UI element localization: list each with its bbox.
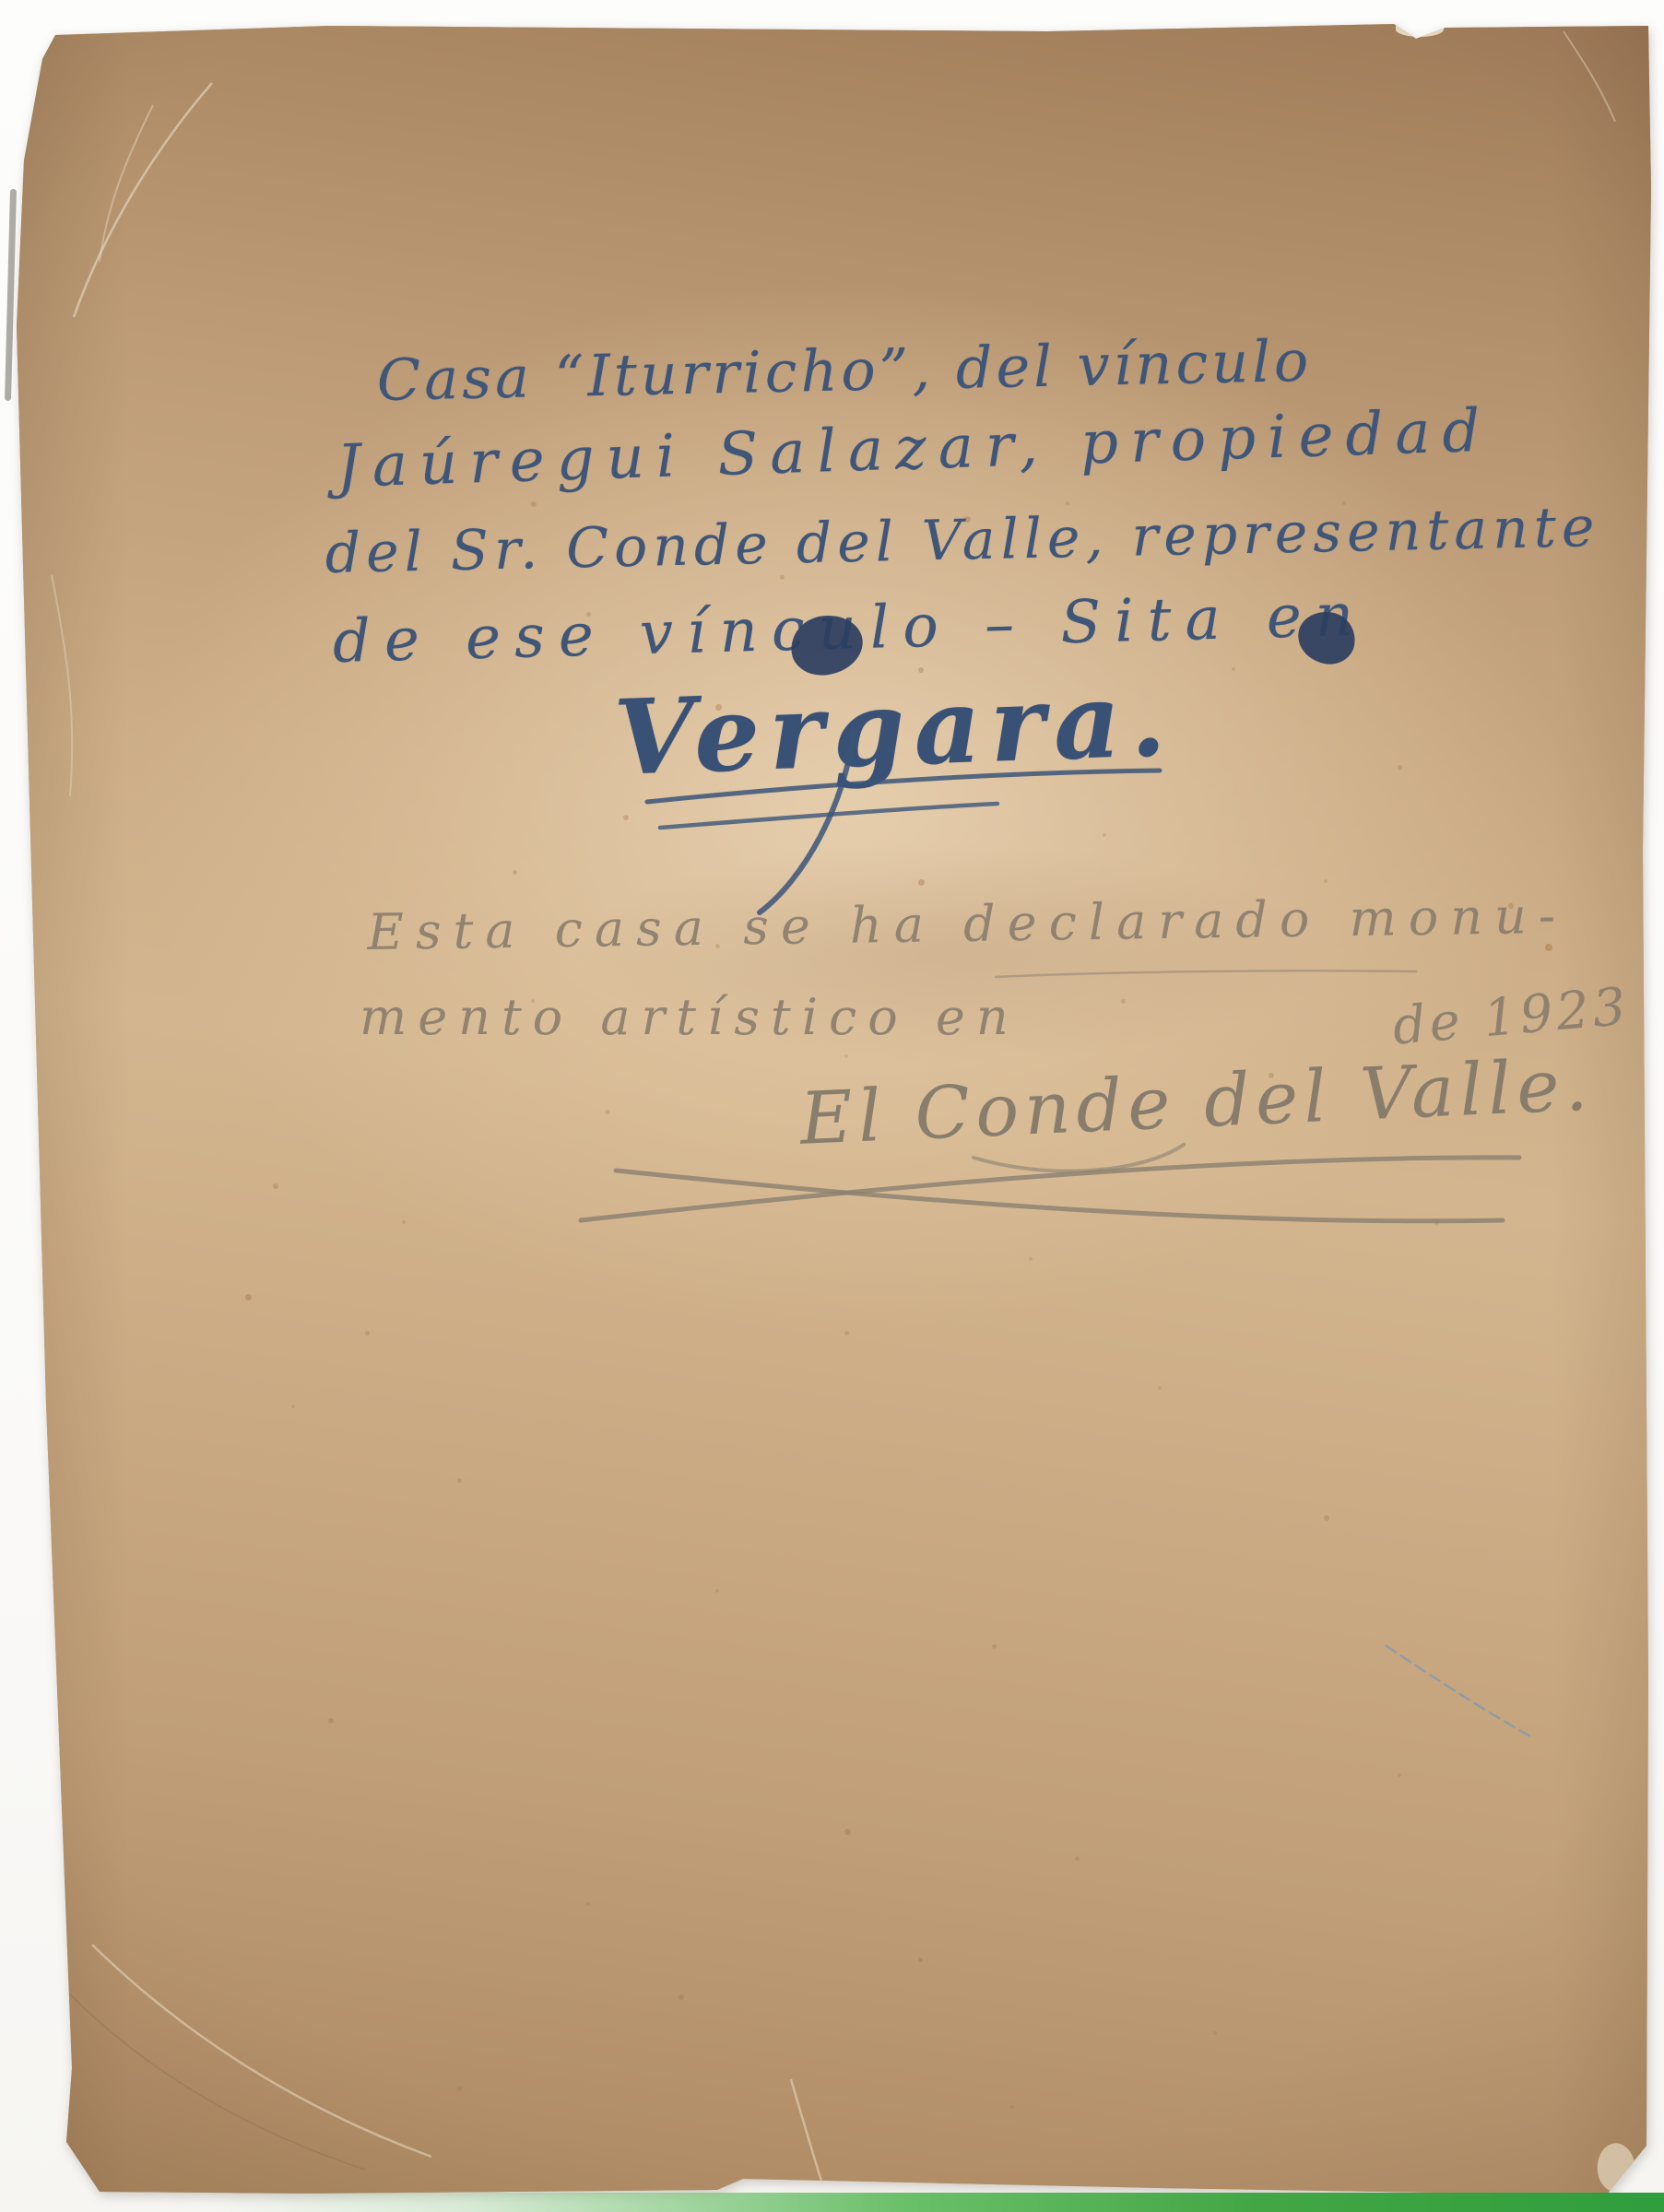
foxing-spot xyxy=(1103,833,1106,837)
foxing-spot xyxy=(1232,667,1235,671)
foxing-spot xyxy=(623,815,629,820)
foxing-spot xyxy=(1213,2031,1217,2035)
paper-chip-top-edge xyxy=(1396,22,1444,37)
paper-chip-bottom-right xyxy=(1590,2139,1642,2196)
signature-rubric-stroke xyxy=(581,1158,1519,1220)
ink-line-2: Jaúregui Salazar, propiedad xyxy=(336,397,1493,501)
foxing-spot xyxy=(1066,501,1069,505)
foxing-spot xyxy=(531,501,537,507)
foxing-spot xyxy=(1434,1220,1439,1225)
pencil-line-1: Esta casa se ha declarado monu- xyxy=(367,887,1567,961)
crease-line xyxy=(100,105,153,262)
foxing-spot xyxy=(513,870,517,875)
foxing-spot xyxy=(328,1718,334,1724)
foxing-spot xyxy=(605,1110,609,1114)
foxing-spot xyxy=(1158,1386,1162,1390)
foxing-spot xyxy=(291,1405,295,1408)
signature-rubric-stroke xyxy=(616,1171,1503,1221)
pencil-line-2: mento artístico en xyxy=(360,988,1020,1046)
crease-line xyxy=(74,83,212,317)
foxing-spot xyxy=(457,1478,462,1483)
foxing-spot xyxy=(245,1294,252,1300)
foxing-spot xyxy=(679,1994,684,2000)
foxing-spot xyxy=(1010,2105,1014,2109)
pencil-year: de 1923 xyxy=(1390,977,1632,1057)
scan-background: Casa “Iturricho”, del vínculo Jaúregui S… xyxy=(0,0,1664,2212)
scanner-calibration-strip xyxy=(207,2193,1664,2212)
foxing-spot xyxy=(1398,765,1402,770)
place-name-underlined: Vergara. xyxy=(612,659,1177,799)
blue-scratch-line xyxy=(1387,1646,1534,1738)
foxing-spot xyxy=(1075,1856,1080,1861)
photo-verso-card: Casa “Iturricho”, del vínculo Jaúregui S… xyxy=(15,22,1651,2197)
foxing-spot xyxy=(715,1589,719,1593)
crease-line xyxy=(52,575,72,796)
crease-line xyxy=(92,1945,431,2157)
foxing-spot xyxy=(365,1331,370,1335)
foxing-spot xyxy=(918,879,925,886)
foxing-spot xyxy=(1324,879,1328,883)
foxing-spot xyxy=(586,1902,590,1906)
crease-line xyxy=(1564,31,1615,122)
foxing-spot xyxy=(844,1054,848,1058)
foxing-spot xyxy=(402,1220,406,1224)
ink-line-1: Casa “Iturricho”, del vínculo xyxy=(376,327,1313,414)
foxing-spot xyxy=(1398,1773,1401,1777)
foxing-spot xyxy=(844,1829,851,1835)
foxing-spot xyxy=(844,1331,849,1335)
foxing-spot xyxy=(273,1183,278,1189)
crease-line xyxy=(791,2079,824,2190)
ink-line-3: del Sr. Conde del Valle, representante xyxy=(325,495,1600,586)
foxing-spot xyxy=(1121,999,1126,1004)
foxing-spot xyxy=(992,1644,997,1649)
crease-line xyxy=(70,1994,365,2170)
foxing-spot xyxy=(1029,1257,1033,1261)
photo-verso-card-wrap: Casa “Iturricho”, del vínculo Jaúregui S… xyxy=(15,22,1651,2197)
foxing-spot xyxy=(918,1958,923,1962)
place-underline-stroke xyxy=(660,804,997,828)
foxing-spot xyxy=(1545,944,1552,951)
foxing-spot xyxy=(457,2087,462,2091)
foxing-spot xyxy=(1324,1515,1329,1521)
